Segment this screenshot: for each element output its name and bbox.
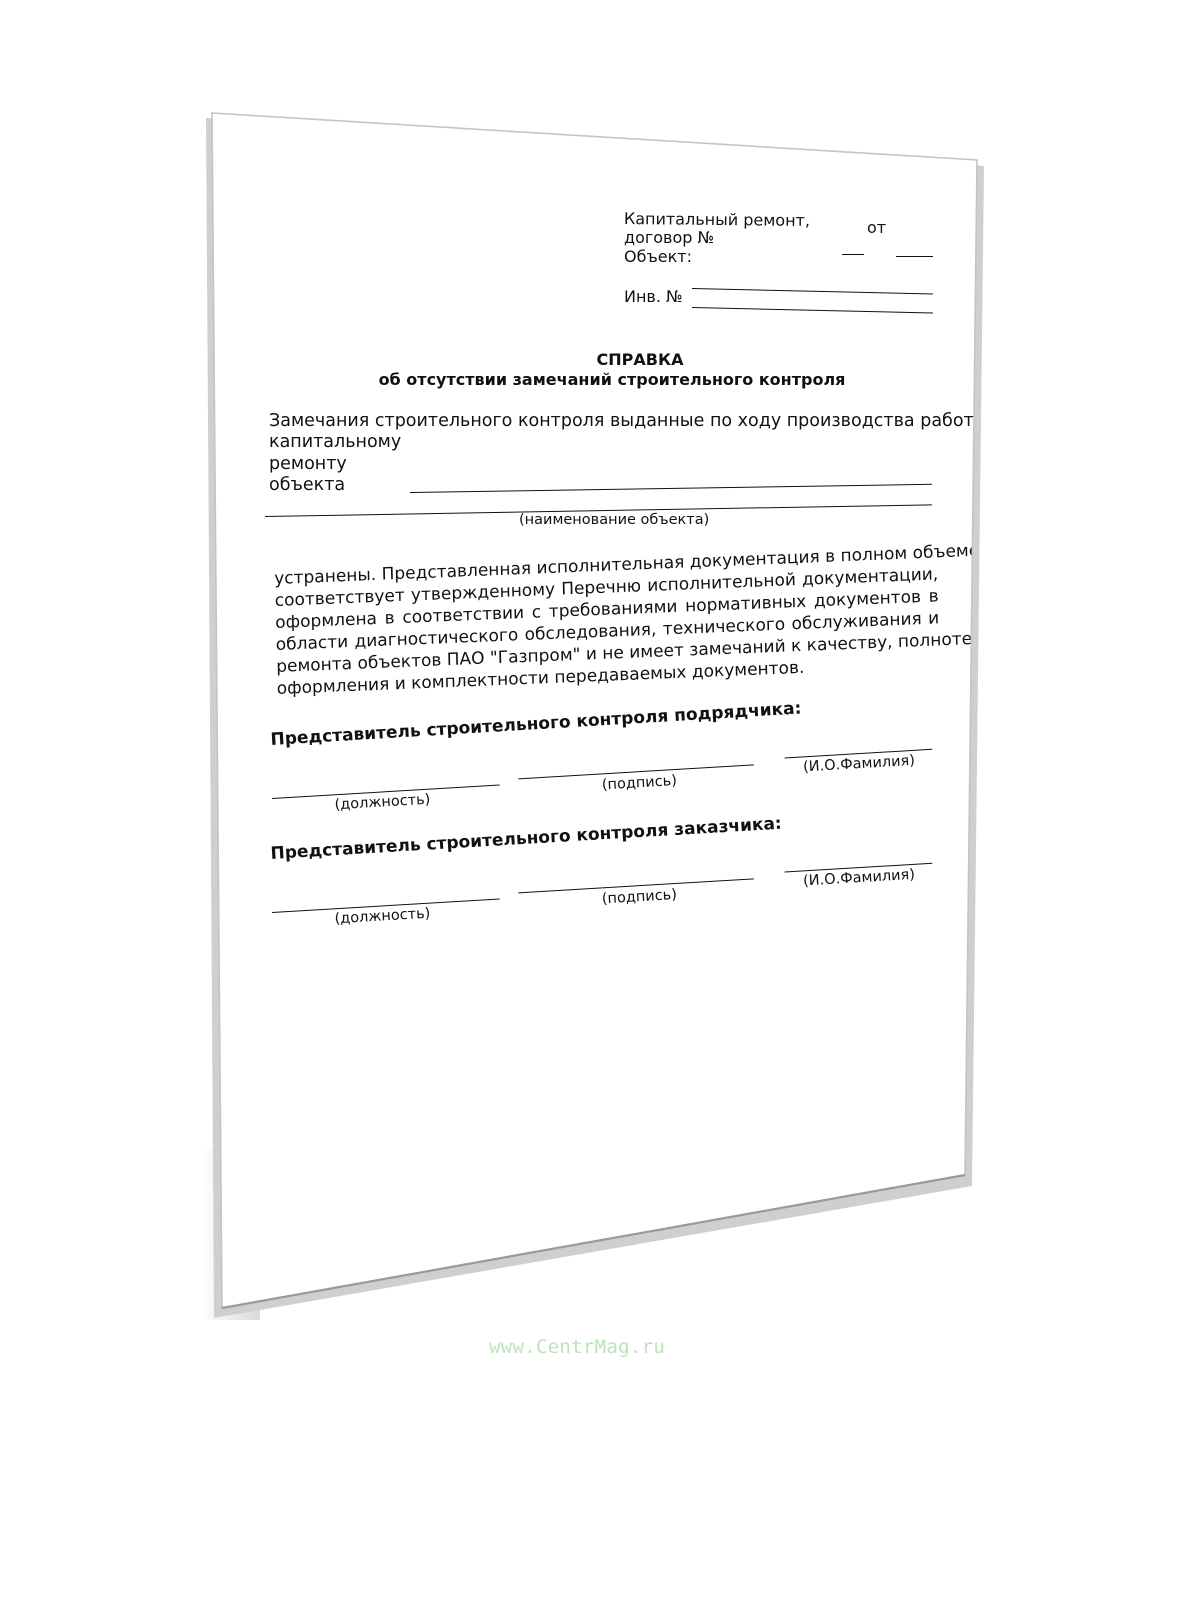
intro-line-1: Замечания строительного контроля выданны… — [269, 410, 1001, 432]
body-paragraph: устранены. Представленная исполнительная… — [274, 541, 940, 700]
inventory-line-2 — [692, 307, 933, 313]
intro-line-3: ремонту — [269, 453, 347, 475]
customer-heading: Представитель строительного контроля зак… — [270, 814, 782, 864]
customer-signature-caption: (подпись) — [601, 887, 677, 907]
watermark-text: www.CentrMag.ru — [489, 1336, 665, 1358]
document-subtitle: об отсутствии замечаний строительного ко… — [372, 370, 852, 390]
document-page: Капитальный ремонт, договор № Объект: от… — [0, 0, 1200, 1611]
customer-position-caption: (должность) — [334, 906, 431, 928]
contractor-heading: Представитель строительного контроля под… — [270, 698, 802, 749]
contract-number-line — [842, 254, 864, 255]
header-line-2: договор № — [624, 227, 714, 248]
header-from-label: от — [867, 217, 886, 238]
contract-date-line — [896, 256, 933, 257]
contractor-position-caption: (должность) — [334, 792, 431, 814]
document-title: СПРАВКА — [400, 350, 880, 370]
object-name-line-1 — [410, 484, 932, 493]
object-name-caption: (наименование объекта) — [519, 512, 709, 528]
intro-line-2: капитальному — [269, 431, 401, 453]
contractor-signature-caption: (подпись) — [601, 773, 677, 793]
inventory-line-1 — [692, 288, 933, 294]
intro-line-4: объекта — [269, 474, 345, 496]
header-line-3: Объект: — [624, 246, 692, 267]
inventory-label: Инв. № — [624, 286, 683, 307]
